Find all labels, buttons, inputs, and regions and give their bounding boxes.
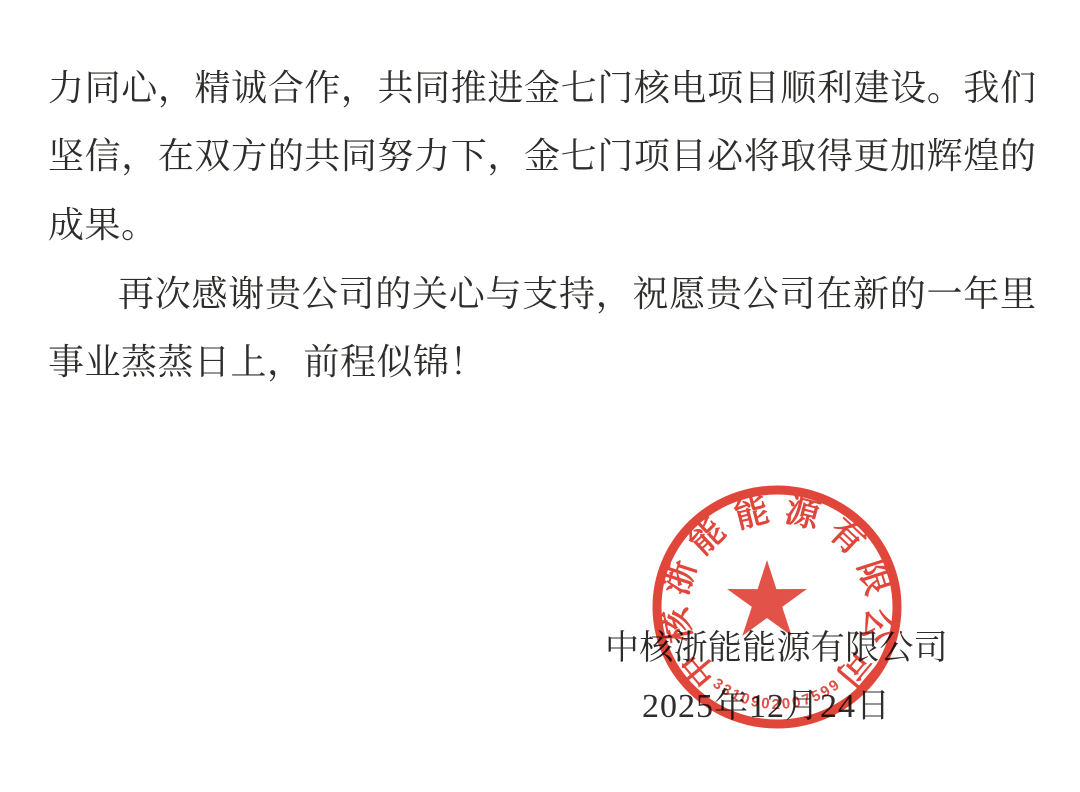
seal-code: 3310902007599 — [709, 675, 844, 713]
body-line: 再次感谢贵公司的关心与支持，祝愿贵公司在新的一年里 — [48, 274, 1036, 314]
document-page: 力同心，精诚合作，共同推进金七门核电项目顺利建设。我们 坚信，在双方的共同努力下… — [0, 0, 1080, 792]
star-icon — [727, 560, 807, 636]
body-line: 坚信，在双方的共同努力下，金七门项目必将取得更加辉煌的 — [48, 136, 1036, 176]
body-line: 成果。 — [48, 205, 1036, 245]
body-line: 力同心，精诚合作，共同推进金七门核电项目顺利建设。我们 — [48, 68, 1036, 108]
seal-arc-char: 能 — [681, 511, 732, 563]
seal-arc-char: 有 — [821, 511, 872, 562]
seal-arc-char: 公 — [855, 605, 898, 645]
body-line: 事业蒸蒸日上，前程似锦！ — [48, 342, 1036, 382]
company-seal: 中核浙能能源有限公司 3310902007599 — [637, 467, 917, 747]
seal-arc-char: 核 — [655, 604, 699, 646]
